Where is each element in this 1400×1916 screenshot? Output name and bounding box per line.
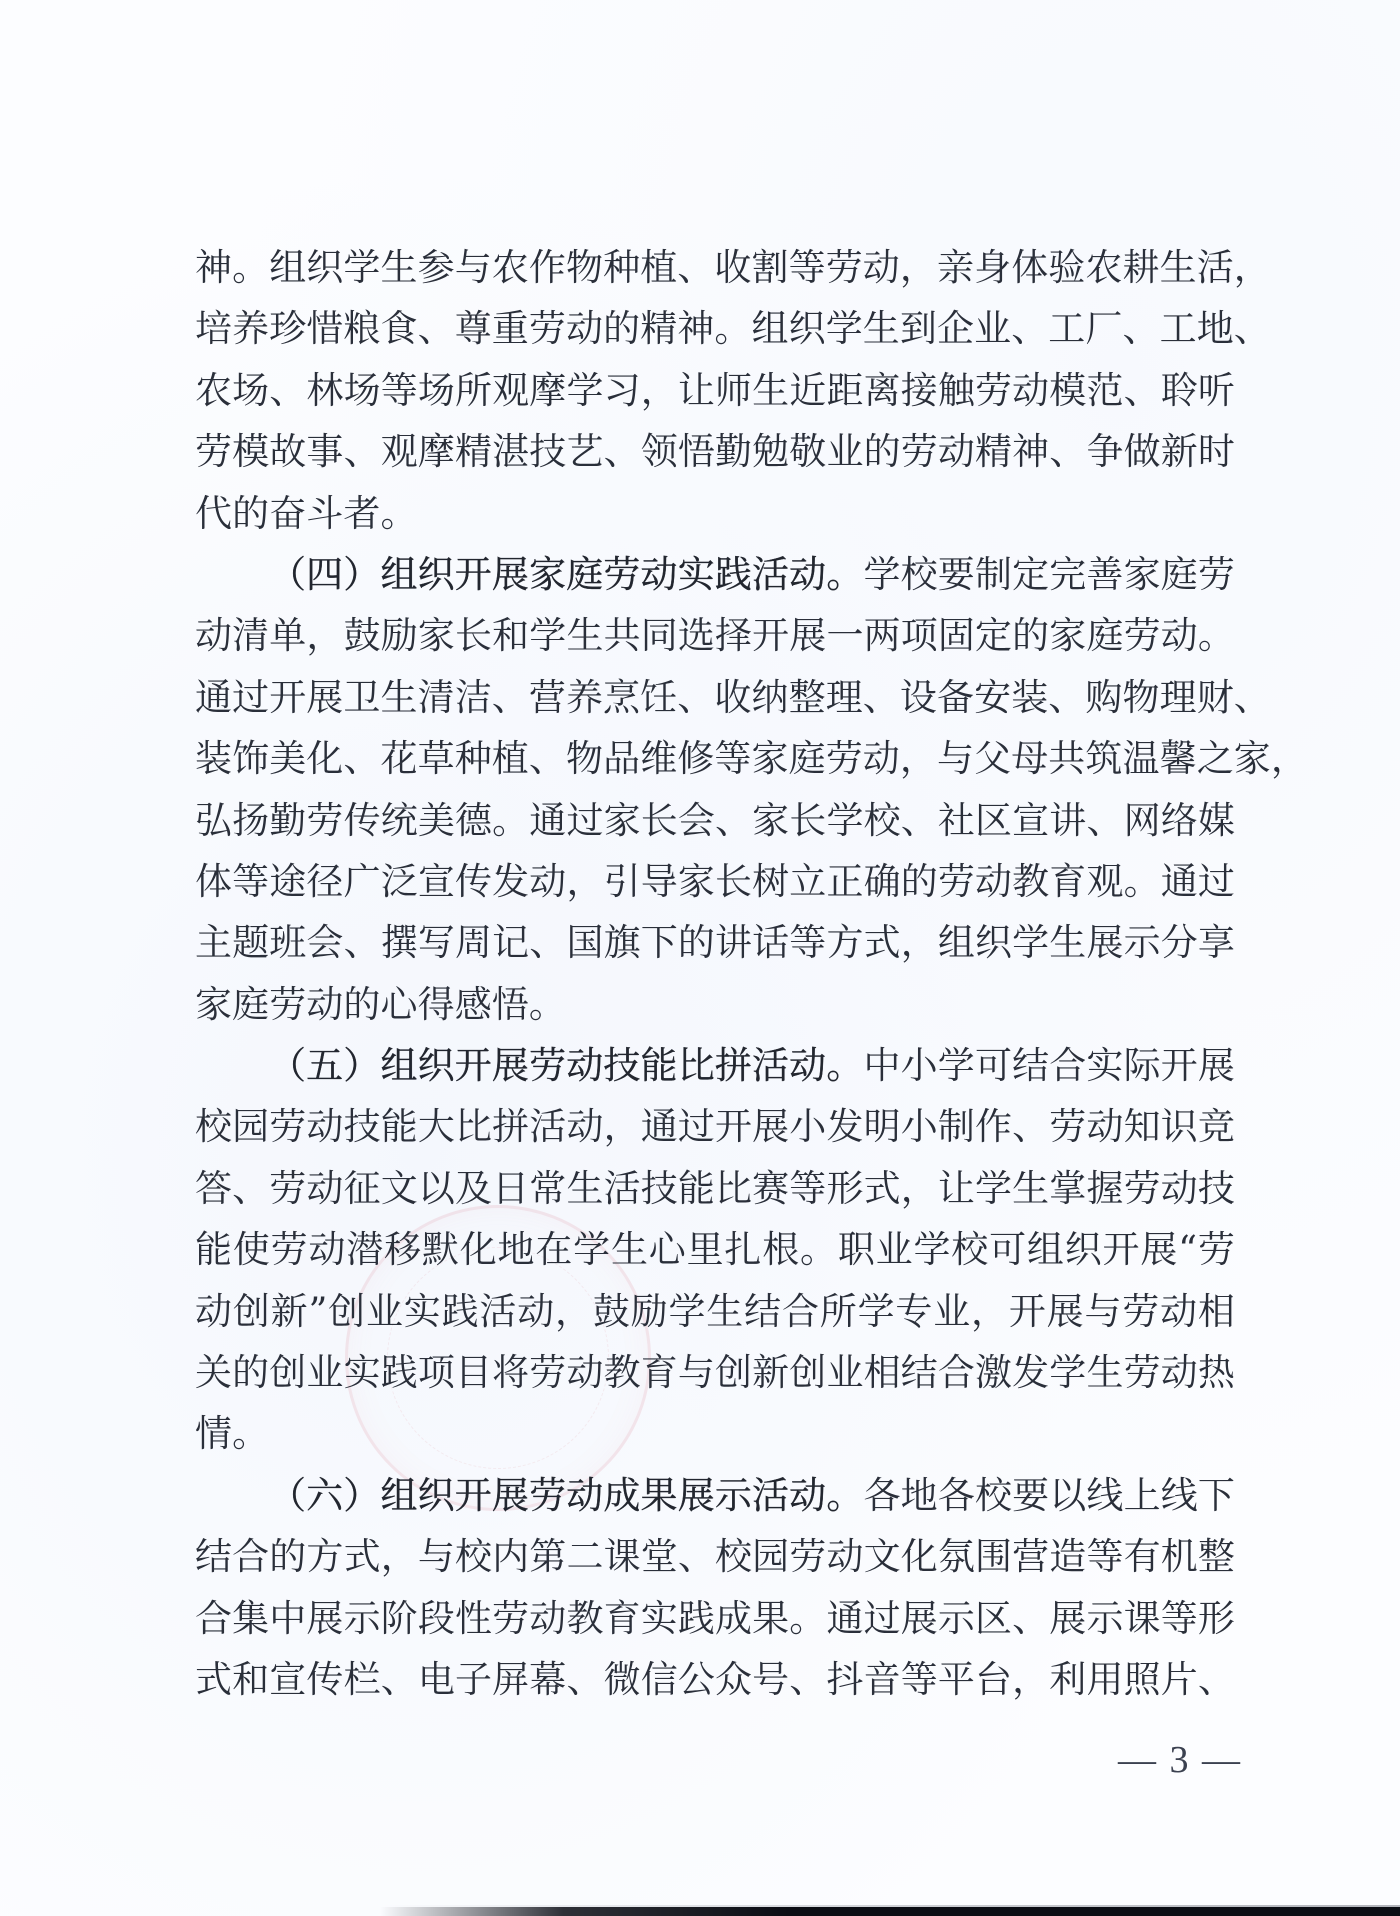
text-line: 结合的方式，与校内第二课堂、校园劳动文化氛围营造等有机整 — [195, 1526, 1235, 1587]
section-4-first-line-text: 学校要制定完善家庭劳 — [864, 553, 1236, 596]
text-line: 主题班会、撰写周记、国旗下的讲话等方式，组织学生展示分享 — [195, 912, 1235, 973]
text-line: 代的奋斗者。 — [195, 483, 1235, 544]
text-line: 答、劳动征文以及日常生活技能比赛等形式，让学生掌握劳动技 — [195, 1158, 1235, 1219]
text-line: 式和宣传栏、电子屏幕、微信公众号、抖音等平台，利用照片、 — [195, 1649, 1235, 1710]
text-line: 装饰美化、花草种植、物品维修等家庭劳动，与父母共筑温馨之家， — [195, 728, 1235, 789]
text-line: 农场、林场等场所观摩学习，让师生近距离接触劳动模范、聆听 — [195, 360, 1235, 421]
document-body: 神。组织学生参与农作物种植、收割等劳动，亲身体验农耕生活， 培养珍惜粮食、尊重劳… — [195, 237, 1235, 1710]
text-line: 校园劳动技能大比拼活动，通过开展小发明小制作、劳动知识竞 — [195, 1096, 1235, 1157]
section-6-heading: （六）组织开展劳动成果展示活动。 — [269, 1474, 864, 1517]
text-line: 能使劳动潜移默化地在学生心里扎根。职业学校可组织开展“劳 — [195, 1219, 1235, 1280]
text-line: 情。 — [195, 1403, 1235, 1464]
text-line: 神。组织学生参与农作物种植、收割等劳动，亲身体验农耕生活， — [195, 237, 1235, 298]
text-line: 动创新”创业实践活动，鼓励学生结合所学专业，开展与劳动相 — [195, 1281, 1235, 1342]
section-5-first-line-text: 中小学可结合实际开展 — [864, 1044, 1236, 1087]
section-6-first-line-text: 各地各校要以线上线下 — [864, 1474, 1236, 1517]
scanned-page: 神。组织学生参与农作物种植、收割等劳动，亲身体验农耕生活， 培养珍惜粮食、尊重劳… — [0, 0, 1400, 1916]
text-line: 通过开展卫生清洁、营养烹饪、收纳整理、设备安装、购物理财、 — [195, 667, 1235, 728]
scan-edge-artifact — [380, 1907, 1400, 1916]
section-5-heading: （五）组织开展劳动技能比拼活动。 — [269, 1044, 864, 1087]
section-5-first-line: （五）组织开展劳动技能比拼活动。中小学可结合实际开展 — [195, 1035, 1235, 1096]
text-line: 合集中展示阶段性劳动教育实践成果。通过展示区、展示课等形 — [195, 1588, 1235, 1649]
text-line: 体等途径广泛宣传发动，引导家长树立正确的劳动教育观。通过 — [195, 851, 1235, 912]
text-line: 动清单，鼓励家长和学生共同选择开展一两项固定的家庭劳动。 — [195, 605, 1235, 666]
text-line: 关的创业实践项目将劳动教育与创新创业相结合激发学生劳动热 — [195, 1342, 1235, 1403]
section-6-first-line: （六）组织开展劳动成果展示活动。各地各校要以线上线下 — [195, 1465, 1235, 1526]
text-line: 家庭劳动的心得感悟。 — [195, 974, 1235, 1035]
text-line: 弘扬勤劳传统美德。通过家长会、家长学校、社区宣讲、网络媒 — [195, 790, 1235, 851]
section-4-heading: （四）组织开展家庭劳动实践活动。 — [269, 553, 864, 596]
text-line: 培养珍惜粮食、尊重劳动的精神。组织学生到企业、工厂、工地、 — [195, 298, 1235, 359]
section-4-first-line: （四）组织开展家庭劳动实践活动。学校要制定完善家庭劳 — [195, 544, 1235, 605]
text-line: 劳模故事、观摩精湛技艺、领悟勤勉敬业的劳动精神、争做新时 — [195, 421, 1235, 482]
page-number: — 3 — — [1118, 1738, 1242, 1782]
